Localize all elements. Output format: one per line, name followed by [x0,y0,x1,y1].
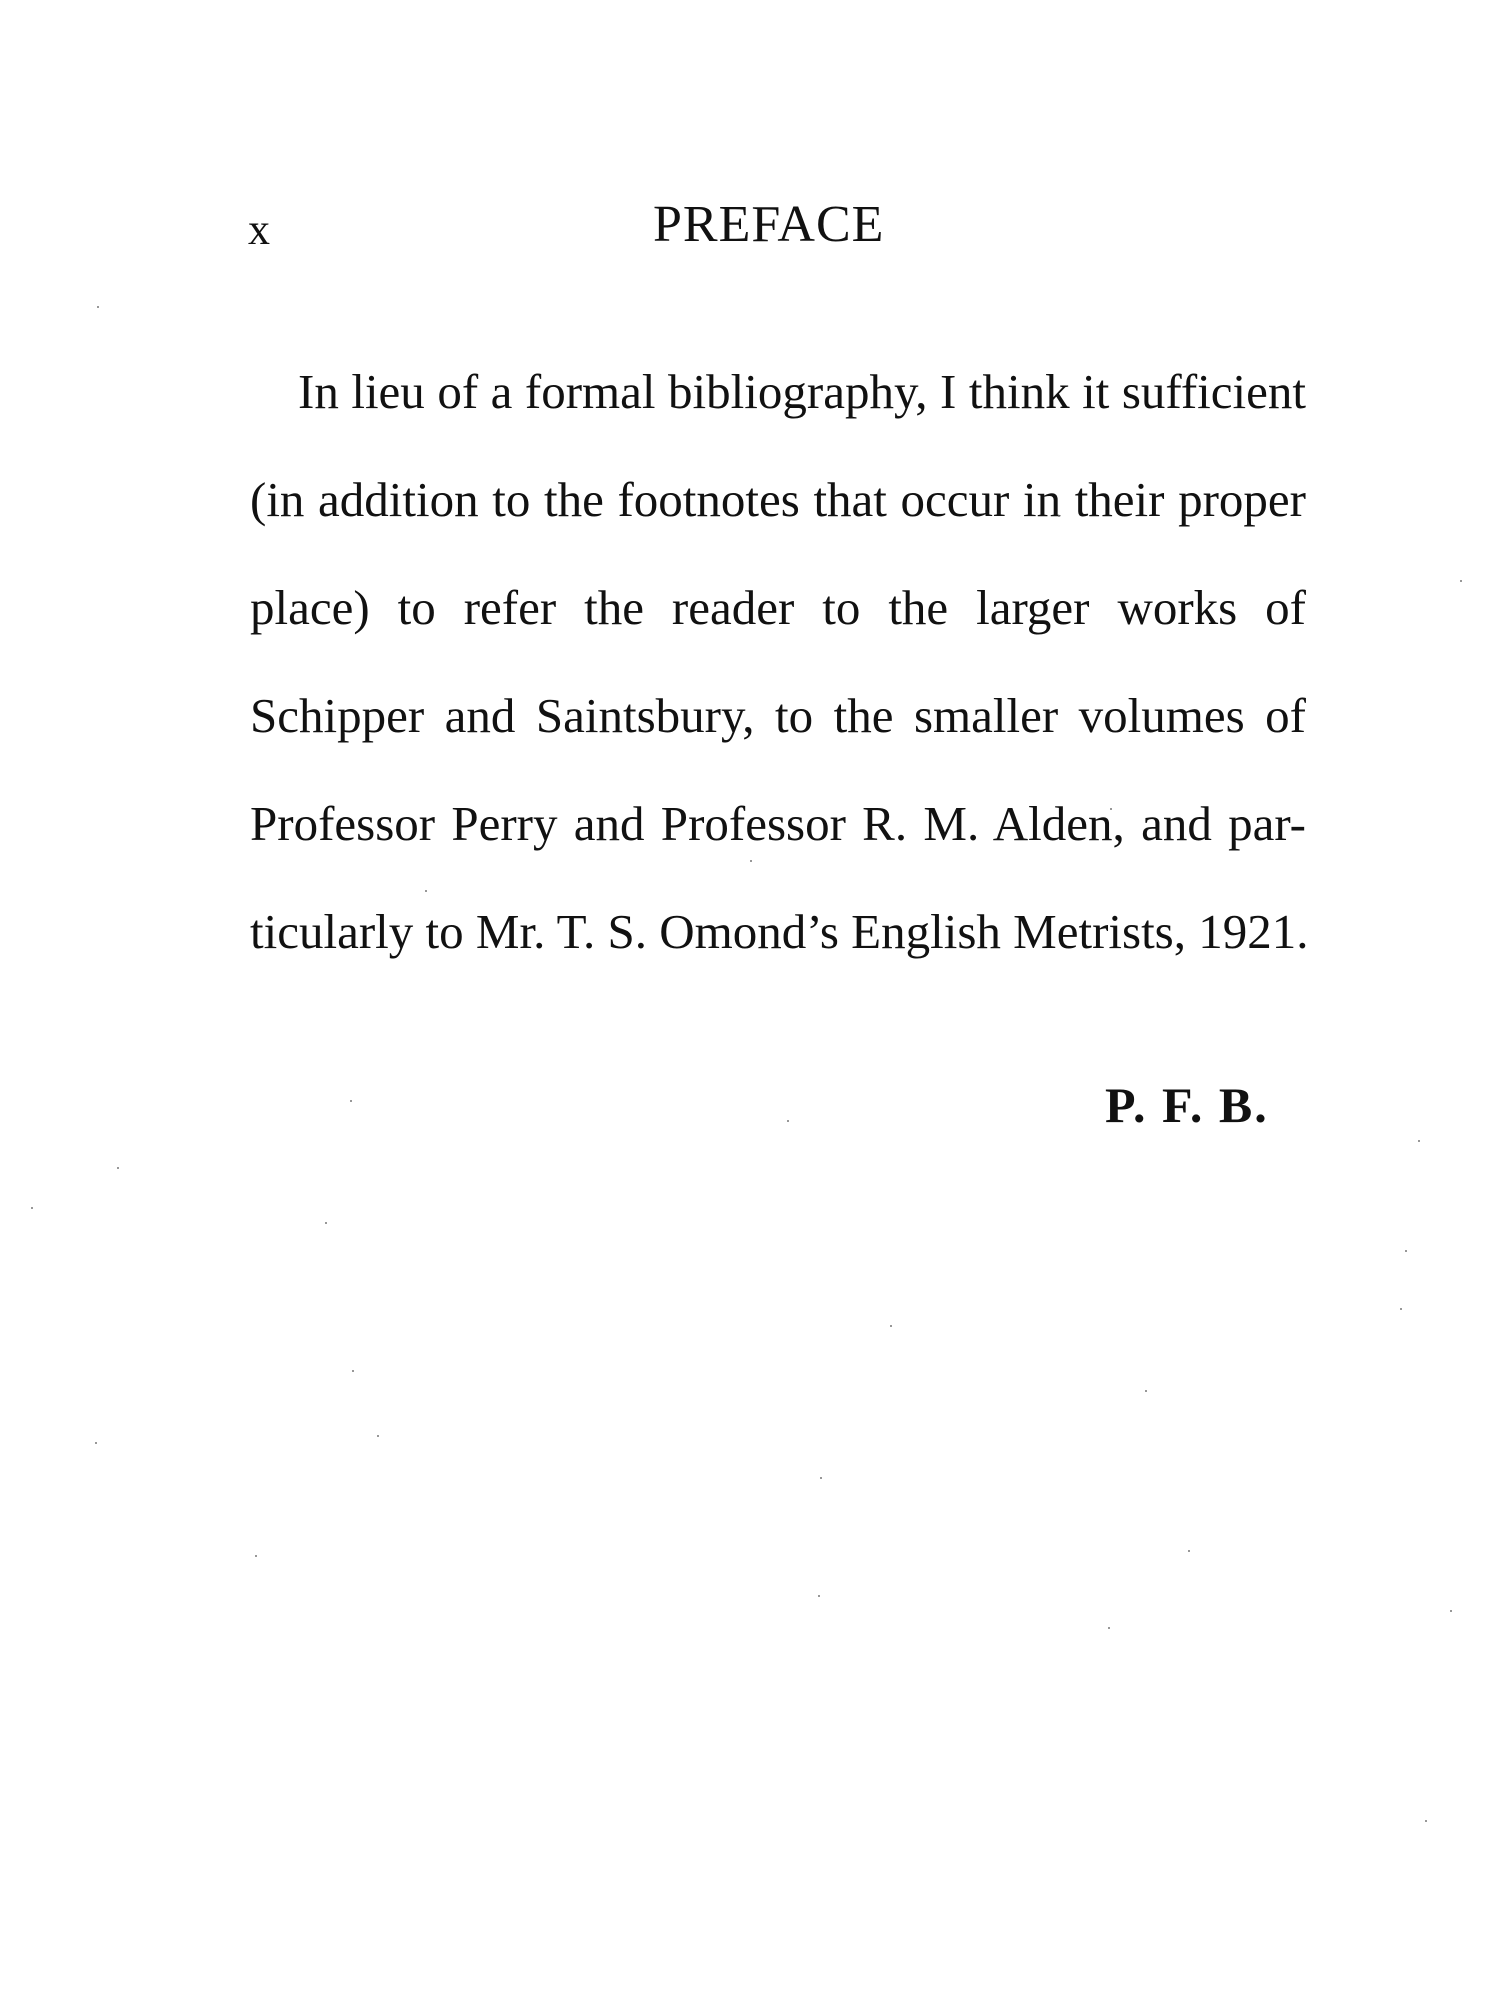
paragraph-line: Professor Perry and Professor R. M. Alde… [250,770,1306,878]
scan-speck [750,860,752,862]
scan-speck [31,1207,33,1209]
scan-speck [325,1222,327,1224]
scan-speck [1425,1820,1427,1822]
scan-speck [117,1167,119,1169]
paragraph-line: In lieu of a formal bibliography, I thin… [250,338,1306,446]
paragraph-line: ticularly to Mr. T. S. Omond’s English M… [250,878,1306,986]
author-initials: P. F. B. [1105,1070,1269,1140]
scan-speck [377,1435,379,1437]
scan-speck [97,306,99,308]
scan-speck [820,1477,822,1479]
scan-speck [350,1100,352,1102]
paragraph-line: (in addition to the footnotes that occur… [250,446,1306,554]
scan-speck [255,1555,257,1557]
scan-speck [1145,1390,1147,1392]
scan-speck [1450,1610,1452,1612]
line-text: In lieu of a formal bibliography, I thin… [298,364,1306,419]
paragraph-line: place) to refer the reader to the larger… [250,554,1306,662]
scan-speck [1460,580,1462,582]
scan-speck [1108,1627,1110,1629]
preface-paragraph: In lieu of a formal bibliography, I thin… [250,338,1306,986]
scan-speck [1405,1250,1407,1252]
scan-speck [1058,515,1060,517]
scan-speck [1188,1550,1190,1552]
scan-speck [1400,1308,1402,1310]
scan-speck [818,1595,820,1597]
paragraph-line: Schipper and Saintsbury, to the smaller … [250,662,1306,770]
scan-speck [425,890,427,892]
scan-speck [1418,1140,1420,1142]
scan-speck [1110,808,1112,810]
page-number: x [248,200,270,260]
book-page: x PREFACE In lieu of a formal bibliograp… [0,0,1497,2013]
scan-speck [787,1120,789,1122]
scan-speck [95,1442,97,1444]
running-head: x PREFACE [248,190,1308,270]
scan-speck [352,1370,354,1372]
scan-speck [890,1325,892,1327]
running-title: PREFACE [653,190,884,260]
